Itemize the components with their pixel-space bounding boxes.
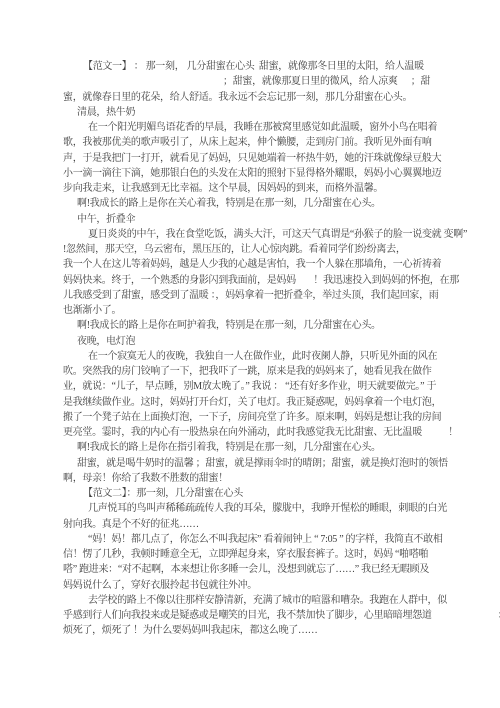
text-line: 【范文一】 ： 那一刻， 几分甜蜜在心头 甜蜜，就像那冬日里的太阳，给人温暖	[63, 59, 473, 74]
text-line: 声，于是我把门一打开，就看见了妈妈，只见她端着一杯热牛奶，她的汗珠就像绿豆般大	[63, 151, 473, 166]
essay-text-block: 【范文一】 ： 那一刻， 几分甜蜜在心头 甜蜜，就像那冬日里的太阳，给人温暖；甜…	[63, 59, 473, 639]
text-line: 搬了一个凳子站在上面换灯泡，一下子，房间亮堂了许多。原来啊，妈妈是想让我的房间	[63, 410, 473, 425]
text-line: 蜜，就像春日里的花朵，给人舒适。我永远不会忘记那一刻，那几分甜蜜在心头。	[63, 90, 473, 105]
text-line: 我一个人在这儿等着妈妈，越是人少我的心越是害怕，我一个人躲在那墙角，一心祈祷着	[63, 257, 473, 272]
text-line: 妈妈快来。终于，一个熟悉的身影闪到我面前，是妈妈 ！我迅速投入到妈妈的怀抱，在那	[63, 273, 473, 288]
text-line: 嗒” 跑进来：“对不起啊，本来想让你多睡一会儿，没想到就忘了……” 我已经无暇顾…	[63, 562, 473, 577]
text-line: 在一个寂寞无人的夜晚，我独自一人在做作业，此时夜阑人静，只听见外面的风在	[63, 349, 473, 364]
text-line: 小一滴一滴往下滴，她那银白色的头发在太阳的照射下显得格外耀眼，妈妈小心翼翼地迈	[63, 166, 473, 181]
text-line: 儿我感受到了甜蜜，感受到了温暖 ：，妈妈拿着一把折叠伞，举过头顶，我们起回家，雨	[63, 288, 473, 303]
text-line: 去学校的路上不像以往那样安静清新，充满了城市的喧嚣和嘈杂。我跑在人群中，似	[63, 593, 473, 608]
text-line: 烦死了，烦死了 ！为什么要妈妈叫我起床，都这么晚了……	[63, 623, 473, 638]
text-line: 吹。突然我的房门铰响了一下，把我吓了一跳，原来是我的妈妈来了，她看见我在做作	[63, 364, 473, 379]
document-page: 【范文一】 ： 那一刻， 几分甜蜜在心头 甜蜜，就像那冬日里的太阳，给人温暖；甜…	[0, 0, 500, 708]
text-line: “妈！妈！都几点了，你怎么不叫我起床” 看着闹钟上 “ 7:05 ” 的字样，我…	[63, 532, 473, 547]
text-line: 甜蜜，就是喝牛奶时的温馨 ；甜蜜，就是撑雨伞时的晴朗；甜蜜，就是换灯泡时的领悟	[63, 456, 473, 471]
text-line: 歌，我被那优美的歌声吸引了，从床上起来，伸个懒腰，走到房门前。我听见外面有响	[63, 135, 473, 150]
text-line: 夜晚，电灯泡	[63, 334, 473, 349]
text-line: 步向我走来，让我感到无比幸福。这个早晨，因妈妈的到来，而格外温馨。	[63, 181, 473, 196]
text-line: 啊!我成长的路上是你在呵护着我，特别是在那一刻，几分甜蜜在心头。	[63, 318, 473, 333]
text-line: 更亮堂。霎时，我的内心有一股热泉在向外涌动，此时我感觉我无比甜蜜、无比温暖 ！	[63, 425, 473, 440]
text-line: 啊!我成长的路上是你在指引着我，特别是在那一刻，几分甜蜜在心头。	[63, 440, 473, 455]
text-line: 信！愣了几秒，我顿时睡意全无，立即弹起身来，穿衣服套裤子。这时，妈妈 “啪嗒啪	[63, 547, 473, 562]
text-line: 中午，折叠伞	[63, 212, 473, 227]
text-line: 夏日炎炎的中午，我在食堂吃饭，满头大汗，可这天气真谓是“孙猴子的脸一说变就 变啊…	[63, 227, 473, 242]
text-line: 【范文二】：那一刻，几分甜蜜在心头	[63, 486, 473, 501]
text-line: 业，就说：“儿子，早点睡，别M放太晚了。” 我说 ： “还有好多作业，明天就要做…	[63, 379, 473, 394]
text-line: 射向我。真是个不好的征兆……	[63, 517, 473, 532]
text-line: 几声悦耳的鸟叫声稀稀疏疏传人我的耳朵，朦胧中，我睁开惺松的睡眼，刺眼的白光	[63, 501, 473, 516]
text-line: 是我继续做作业。这时，妈妈打开台灯，关了电灯。我正疑惑呢，妈妈拿着一个电灯泡，	[63, 395, 473, 410]
text-line: 也渐渐小了。	[63, 303, 473, 318]
text-line: !忽然间，那天空，乌云密布，黑压压的，让人心惊肉跳。看着同学们纷纷离去，	[63, 242, 473, 257]
text-line: 在一个阳光明媚鸟语花香的早晨，我睡在那被窝里感觉如此温暖，窗外小鸟在唱着	[63, 120, 473, 135]
text-line: 啊!我成长的路上是你在关心着我，特别是在那一刻，几分甜蜜在心头。	[63, 196, 473, 211]
text-line: 乎感到行人们向我投来或是疑惑或是嘲笑的目光，我不禁加快了脚步，心里暗暗埋怨道 ：	[63, 608, 473, 623]
text-line: 清晨，热牛奶	[63, 105, 473, 120]
text-line: 妈妈说什么了，穿好衣服拎起书包就往外冲。	[63, 578, 473, 593]
text-line: 啊，母亲！你给了我数不胜数的甜蜜！	[63, 471, 473, 486]
text-line: ；甜蜜，就像那夏日里的微风，给人凉爽 ；甜	[63, 74, 473, 89]
